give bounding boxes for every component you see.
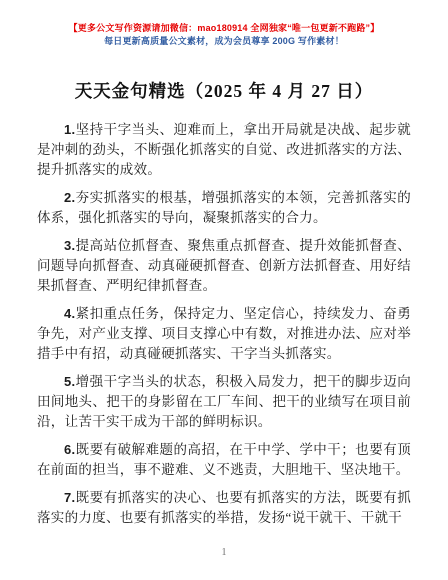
page-number: 1 <box>0 547 448 558</box>
document-page: 【更多公文写作资源请加微信：mao180914 全网独家“唯一包更新不跑路”】 … <box>0 0 448 580</box>
paragraph-5-text: 增强干字当头的状态，积极入局发力，把干的脚步迈向田间地头、把干的身影留在工厂车间… <box>37 374 411 429</box>
document-body: 1.坚持干字当头、迎难而上，拿出开局就是决战、起步就是冲刺的劲头，不断强化抓落实… <box>0 120 448 528</box>
paragraph-2: 2.夯实抓落实的根基，增强抓落实的本领，完善抓落实的体系，强化抓落实的导向，凝聚… <box>37 188 411 228</box>
watermark-line-blue: 每日更新高质量公文素材，成为会员尊享 200G 写作素材！ <box>0 35 448 48</box>
paragraph-7: 7.既要有抓落实的决心、也要有抓落实的方法，既要有抓落实的力度、也要有抓落实的举… <box>37 488 411 528</box>
paragraph-1: 1.坚持干字当头、迎难而上，拿出开局就是决战、起步就是冲刺的劲头，不断强化抓落实… <box>37 120 411 180</box>
paragraph-7-text: 既要有抓落实的决心、也要有抓落实的方法，既要有抓落实的力度、也要有抓落实的举措，… <box>37 490 411 525</box>
paragraph-2-text: 夯实抓落实的根基，增强抓落实的本领，完善抓落实的体系，强化抓落实的导向，凝聚抓落… <box>37 190 411 225</box>
page-title: 天天金句精选（2025 年 4 月 27 日） <box>0 78 448 103</box>
watermark-header: 【更多公文写作资源请加微信：mao180914 全网独家“唯一包更新不跑路”】 … <box>0 0 448 48</box>
watermark-line-red: 【更多公文写作资源请加微信：mao180914 全网独家“唯一包更新不跑路”】 <box>0 22 448 35</box>
paragraph-3: 3.提高站位抓督查、聚焦重点抓督查、提升效能抓督查、问题导向抓督查、动真碰硬抓督… <box>37 236 411 296</box>
paragraph-5-number: 5. <box>64 374 75 389</box>
paragraph-4-text: 紧扣重点任务，保持定力、坚定信心，持续发力、奋勇争先，对产业支撑、项目支撑心中有… <box>37 306 411 361</box>
paragraph-6-text: 既要有破解难题的高招，在干中学、学中干；也要有顶在前面的担当，事不避难、义不逃责… <box>37 442 411 477</box>
paragraph-3-text: 提高站位抓督查、聚焦重点抓督查、提升效能抓督查、问题导向抓督查、动真碰硬抓督查、… <box>37 238 411 293</box>
paragraph-2-number: 2. <box>64 190 75 205</box>
paragraph-6-number: 6. <box>64 442 75 457</box>
paragraph-7-number: 7. <box>64 490 75 505</box>
paragraph-5: 5.增强干字当头的状态，积极入局发力，把干的脚步迈向田间地头、把干的身影留在工厂… <box>37 372 411 432</box>
paragraph-3-number: 3. <box>64 238 75 253</box>
paragraph-6: 6.既要有破解难题的高招，在干中学、学中干；也要有顶在前面的担当，事不避难、义不… <box>37 440 411 480</box>
paragraph-1-text: 坚持干字当头、迎难而上，拿出开局就是决战、起步就是冲刺的劲头，不断强化抓落实的自… <box>37 122 411 177</box>
paragraph-4: 4.紧扣重点任务，保持定力、坚定信心，持续发力、奋勇争先，对产业支撑、项目支撑心… <box>37 304 411 364</box>
paragraph-4-number: 4. <box>64 306 75 321</box>
paragraph-1-number: 1. <box>64 122 75 137</box>
